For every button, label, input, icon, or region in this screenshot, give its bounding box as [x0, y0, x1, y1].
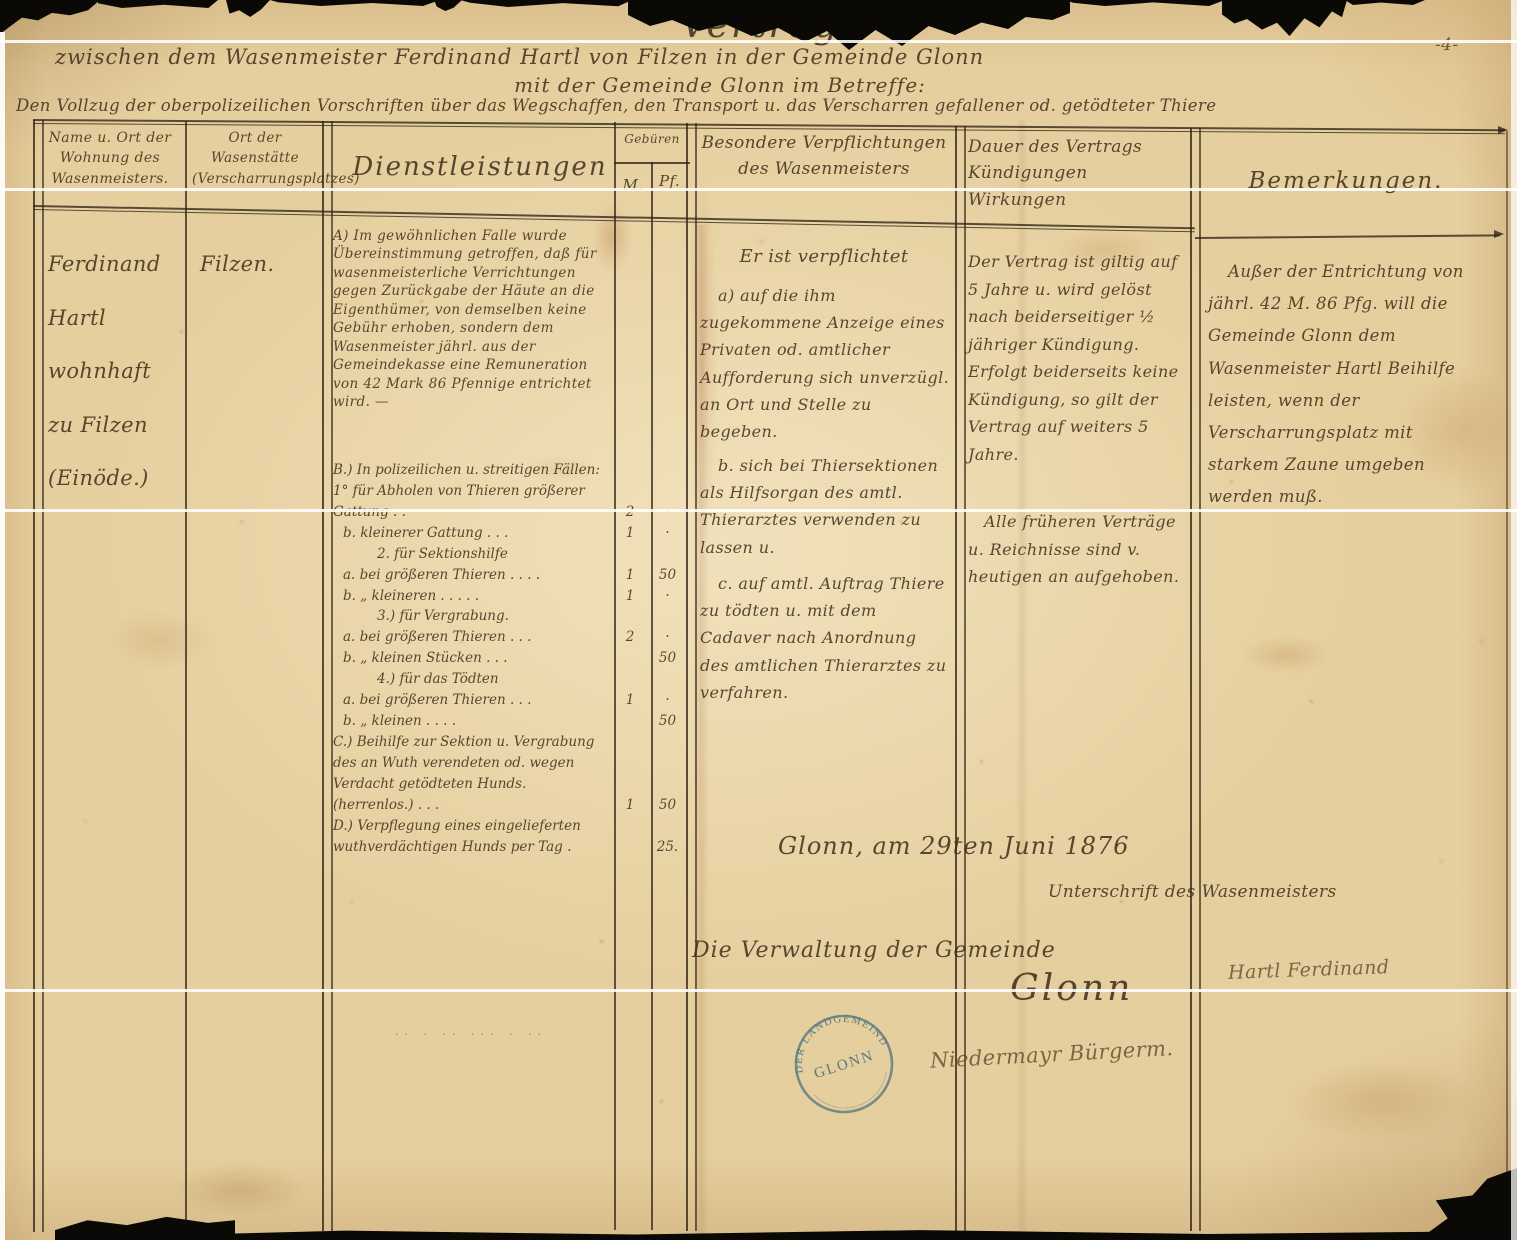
- tariff-line: 4.) für das Tödten: [333, 669, 685, 690]
- tariff-text: B.) In polizeilichen u. streitigen Fälle…: [333, 460, 610, 523]
- heading-line-1: zwischen dem Wasenmeister Ferdinand Hart…: [55, 45, 1265, 69]
- cell-verpflichtungen-b: b. sich bei Thiersektionen als Hilfsorga…: [700, 452, 950, 561]
- tariff-line: b. „ kleinen . . . .50: [333, 711, 685, 732]
- tariff-pfennig-value: 50: [650, 711, 685, 732]
- verwaltung-line: Die Verwaltung der Gemeinde: [692, 938, 1112, 963]
- tariff-text: D.) Verpflegung eines eingelieferten wut…: [333, 816, 610, 858]
- cell-verpflichtungen-a: a) auf die ihm zugekommene Anzeige eines…: [700, 282, 950, 445]
- heading-line-2: mit der Gemeinde Glonn im Betreffe:: [400, 73, 1040, 97]
- tariff-text: 3.) für Vergrabung.: [333, 606, 610, 627]
- tariff-pfennig-value: ·: [650, 502, 685, 523]
- cell-dauer-p1: Der Vertrag ist giltig auf 5 Jahre u. wi…: [968, 248, 1180, 468]
- tariff-text: b. kleinerer Gattung . . .: [333, 523, 610, 544]
- header-verpflichtungen: Besondere Verpflichtungen des Wasenmeist…: [700, 130, 948, 183]
- tariff-line: 2. für Sektionshilfe: [333, 544, 685, 565]
- cell-services-intro: A) Im gewöhnlichen Falle wurde Übereinst…: [333, 227, 611, 412]
- tariff-mark-value: 1: [610, 690, 650, 711]
- tariff-line: 3.) für Vergrabung.: [333, 606, 685, 627]
- scan-edge-right: [1511, 0, 1517, 1240]
- tariff-mark-value: 2: [610, 502, 650, 523]
- tariff-text: 4.) für das Tödten: [333, 669, 610, 690]
- scan-edge-left: [0, 32, 5, 1240]
- cell-bemerkungen: Außer der Entrichtung von jährl. 42 M. 8…: [1208, 256, 1478, 513]
- tariff-pfennig-value: 50: [650, 565, 685, 586]
- table-right-border: [1506, 131, 1508, 1231]
- tariff-line: a. bei größeren Thieren . . .2·: [333, 627, 685, 648]
- tariff-text: a. bei größeren Thieren . . .: [333, 690, 610, 711]
- tariff-pfennig-value: ·: [650, 627, 685, 648]
- table-top-rule-arrow: [1498, 126, 1508, 134]
- tariff-line: a. bei größeren Thieren . . .1·: [333, 690, 685, 711]
- tariff-line: C.) Beihilfe zur Sektion u. Vergrabung d…: [333, 732, 685, 816]
- stamp-center-text: GLONN: [812, 1048, 876, 1083]
- tariff-pfennig-value: 25.: [650, 837, 685, 858]
- cell-verpflichtungen-c: c. auf amtl. Auftrag Thiere zu tödten u.…: [700, 570, 950, 706]
- bemerkungen-underline-arrow: [1494, 230, 1504, 238]
- header-name-ort: Name u. Ort der Wohnung des Wasenmeister…: [40, 128, 180, 189]
- tariff-list: B.) In polizeilichen u. streitigen Fälle…: [333, 460, 685, 858]
- tariff-text: b. „ kleineren . . . . .: [333, 586, 610, 607]
- tariff-mark-value: 1: [610, 565, 650, 586]
- tariff-line: D.) Verpflegung eines eingelieferten wut…: [333, 816, 685, 858]
- header-wasenstaette: Ort der Wasenstätte (Verscharrungsplatze…: [192, 128, 318, 189]
- tariff-pfennig-value: 50: [650, 648, 685, 669]
- cell-dauer-p2: Alle früheren Verträge u. Reichnisse sin…: [968, 508, 1180, 591]
- tariff-mark-value: 2: [610, 627, 650, 648]
- col-divider-1: [185, 121, 187, 1231]
- signature-caption: Unterschrift des Wasenmeisters: [1048, 882, 1438, 902]
- heading-line-3: Den Vollzug der oberpolizeilichen Vorsch…: [16, 96, 1511, 115]
- tariff-mark-value: 1: [610, 523, 650, 544]
- tariff-pfennig-value: ·: [650, 690, 685, 711]
- tariff-line: b. „ kleinen Stücken . . .50: [333, 648, 685, 669]
- tariff-pfennig-value: ·: [650, 586, 685, 607]
- tariff-mark-value: 1: [610, 795, 650, 816]
- cell-verpflichtungen-intro: Er ist verpflichtet: [700, 246, 948, 267]
- tariff-pfennig-value: 50: [650, 795, 685, 816]
- col-divider-5: [1190, 128, 1201, 1231]
- tariff-text: b. „ kleinen . . . .: [333, 711, 610, 732]
- tariff-mark-value: 1: [610, 586, 650, 607]
- tariff-text: 2. für Sektionshilfe: [333, 544, 610, 565]
- tariff-line: B.) In polizeilichen u. streitigen Fälle…: [333, 460, 685, 523]
- cell-name-ort: Ferdinand Hartl wohnhaft zu Filzen (Einö…: [48, 238, 178, 506]
- tariff-line: a. bei größeren Thieren . . . .150: [333, 565, 685, 586]
- page-number: -4-: [1435, 35, 1459, 55]
- col-divider-3: [686, 123, 697, 1231]
- tariff-pfennig-value: ·: [650, 523, 685, 544]
- header-dauer: Dauer des Vertrags Kündigungen Wirkungen: [968, 134, 1168, 213]
- header-gebuehren: Gebüren: [614, 132, 690, 146]
- header-mark: M.: [614, 176, 652, 194]
- date-line: Glonn, am 29ten Juni 1876: [778, 832, 1208, 860]
- scan-line-4: [0, 989, 1517, 992]
- cell-wasenstaette: Filzen.: [200, 252, 315, 276]
- tariff-line: b. kleinerer Gattung . . .1·: [333, 523, 685, 544]
- tariff-text: b. „ kleinen Stücken . . .: [333, 648, 610, 669]
- scan-line-1: [0, 40, 1517, 43]
- scan-line-3: [0, 509, 1517, 512]
- ink-smudge: ·· · ·· ··· · ··: [395, 1028, 625, 1048]
- tariff-text: C.) Beihilfe zur Sektion u. Vergrabung d…: [333, 732, 610, 816]
- table-left-border: [33, 120, 44, 1232]
- header-dienstleistungen: Dienstleistungen: [350, 152, 610, 182]
- tariff-text: a. bei größeren Thieren . . .: [333, 627, 610, 648]
- scan-line-2: [0, 188, 1517, 191]
- tariff-text: a. bei größeren Thieren . . . .: [333, 565, 610, 586]
- col-divider-2: [322, 121, 333, 1231]
- tariff-line: b. „ kleineren . . . . .1·: [333, 586, 685, 607]
- document-page: -4- Vertrag zwischen dem Wasenmeister Fe…: [0, 0, 1517, 1240]
